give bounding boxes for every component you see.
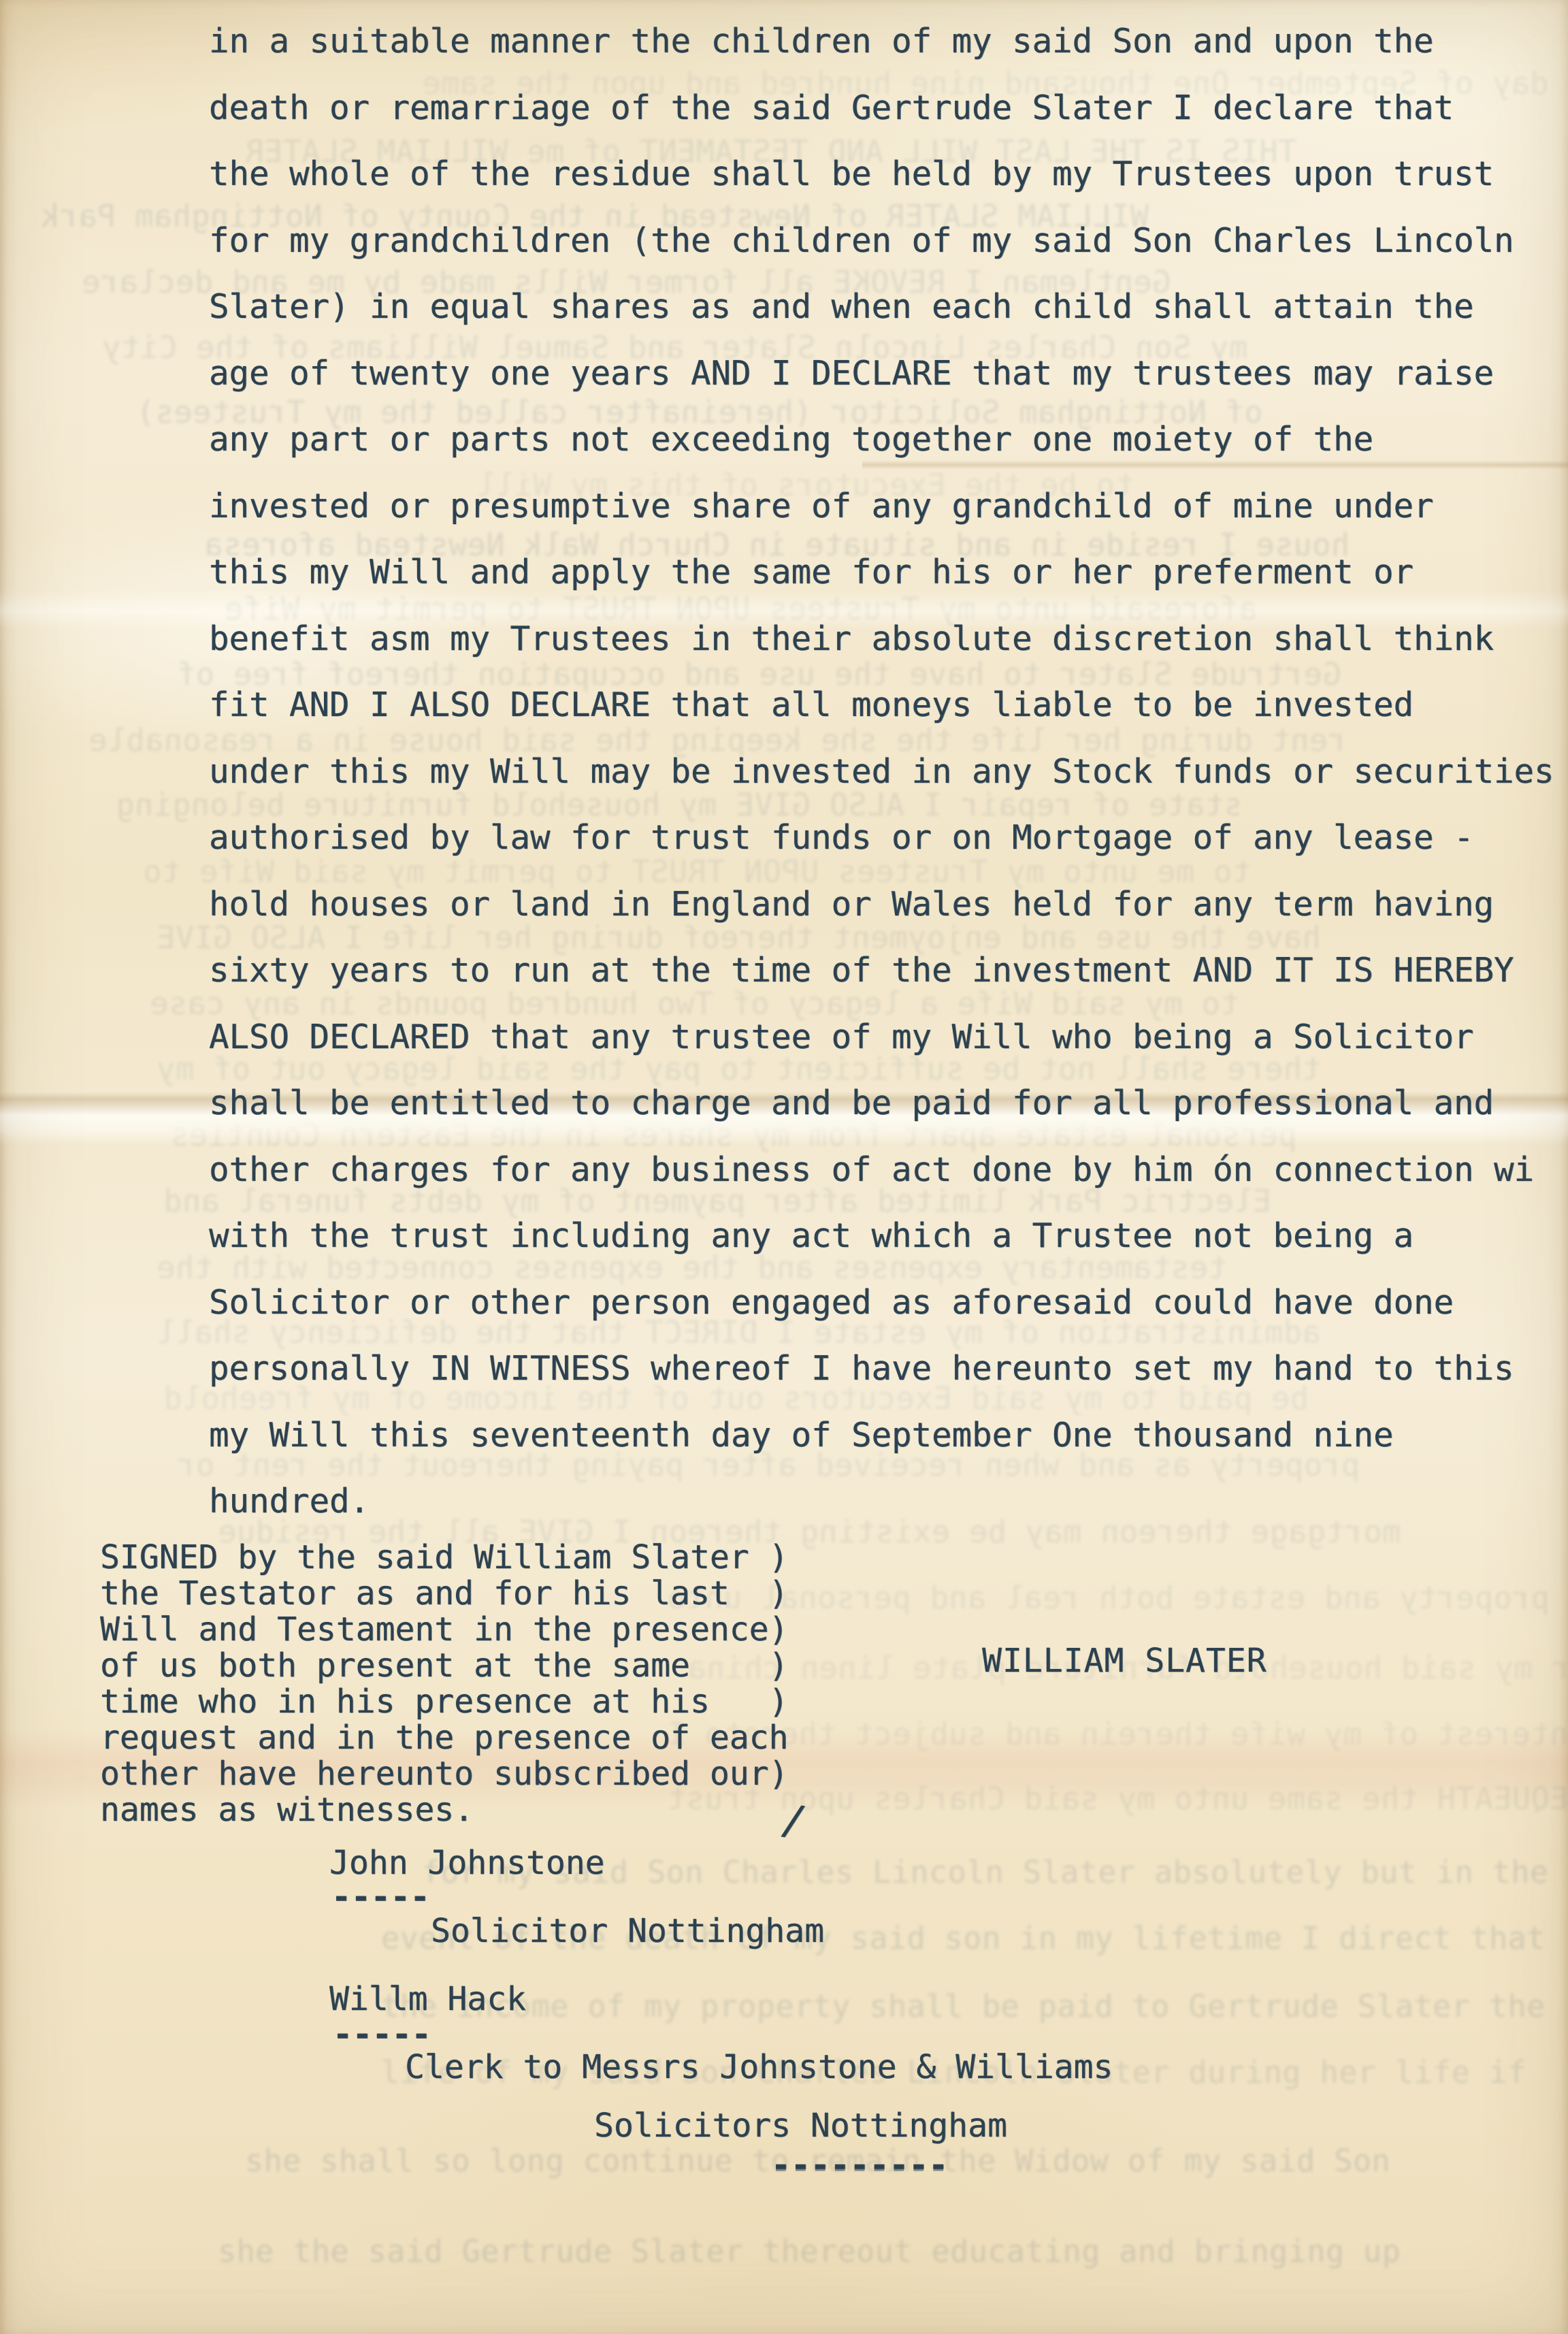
- bleedthrough-line: the income of my property shall be paid …: [381, 1991, 1546, 2022]
- bleedthrough-line: she the said Gertrude Slater thereout ed…: [218, 2236, 1401, 2267]
- witness-2-signature: Willm Hack: [329, 1982, 526, 2016]
- firm-underline: ---------: [771, 2148, 948, 2182]
- witness-1-title: Solicitor Nottingham: [431, 1914, 824, 1948]
- will-document-page: day of September One thousand nine hundr…: [0, 0, 1568, 2334]
- bleedthrough-line: life interest of my wife therein and sub…: [667, 1719, 1568, 1749]
- testator-signature: WILLIAM SLATER: [982, 1642, 1267, 1680]
- attestation-clause: SIGNED by the said William Slater ) the …: [100, 1540, 788, 1828]
- witness-2-title: Clerk to Messrs Johnstone & Williams: [405, 2050, 1113, 2084]
- bleedthrough-line: of my property and estate both real and …: [667, 1583, 1568, 1613]
- firm-name-line: Solicitors Nottingham: [594, 2109, 1007, 2143]
- witness-2-underline: -----: [333, 2017, 431, 2052]
- will-body-text: in a suitable manner the children of my …: [209, 8, 1554, 1535]
- witness-1-signature: John Johnstone: [329, 1846, 605, 1880]
- witness-1-underline: -----: [331, 1880, 430, 1914]
